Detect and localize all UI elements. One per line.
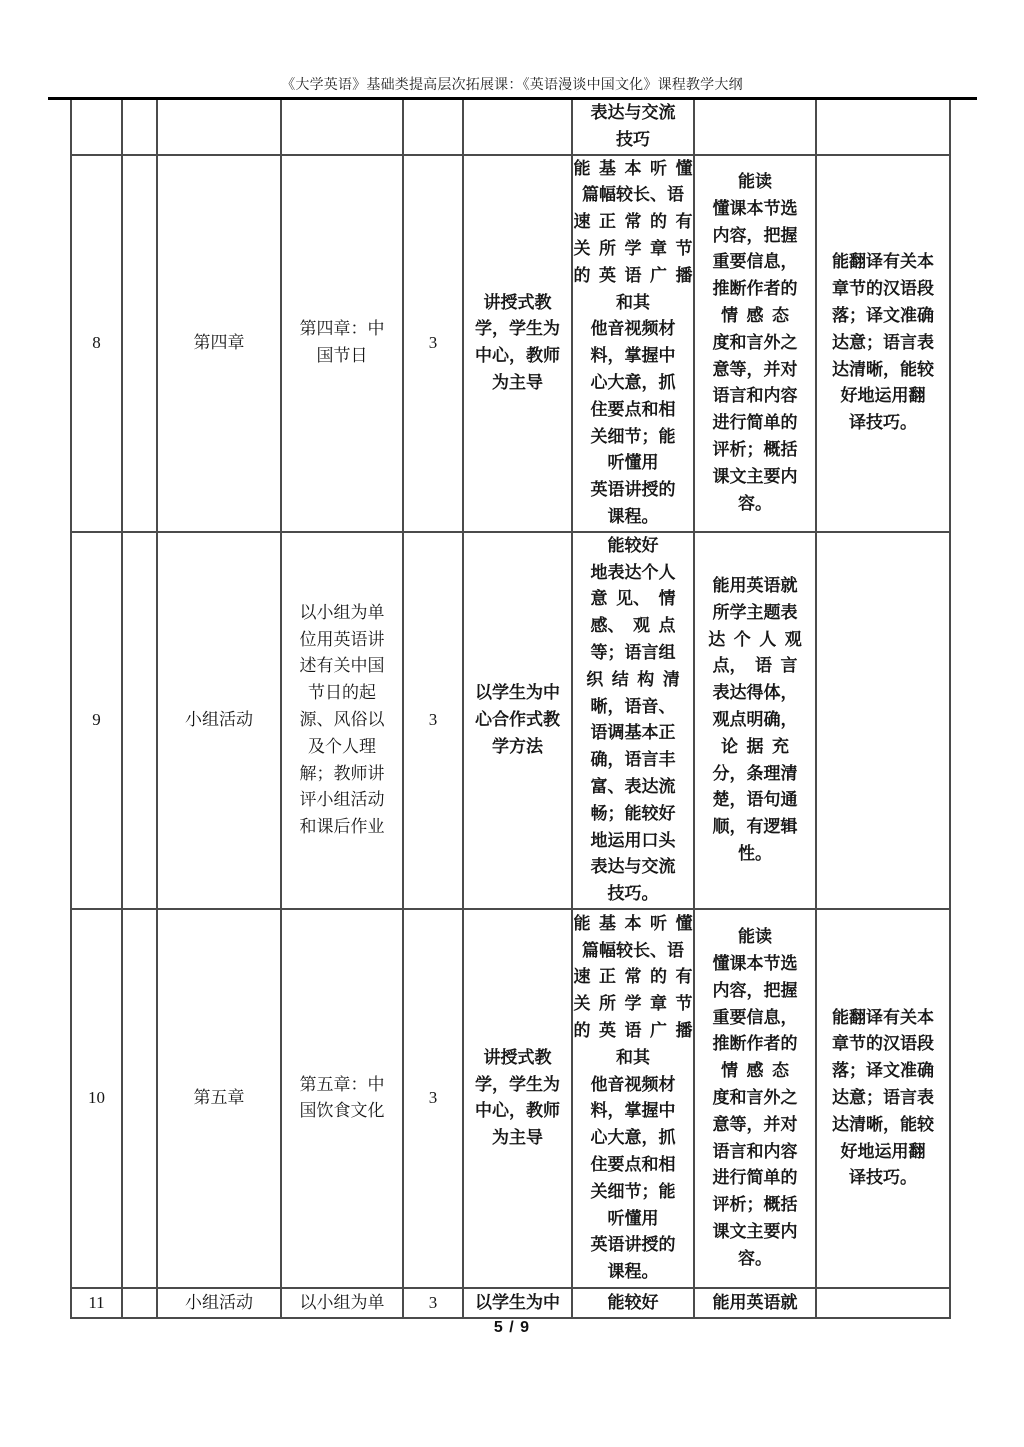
cell-r11-no: 11 <box>71 1288 122 1318</box>
cell-r11-chapter: 小组活动 <box>157 1288 281 1318</box>
table-row-9: 9 小组活动 以小组为单 位用英语讲 述有关中国 节日的起 源、风俗以 及个人理… <box>71 532 950 909</box>
cell-r8-translation: 能翻译有关本 章节的汉语段 落；译文准确 达意；语言表 达清晰，能较 好地运用翻… <box>816 155 950 532</box>
cell-partial-translation <box>816 100 950 155</box>
cell-r8-no: 8 <box>71 155 122 532</box>
cell-r10-reading: 能读 懂课本节选 内容，把握 重要信息， 推断作者的 情 感 态 度和言外之 意… <box>694 909 816 1288</box>
cell-r10-week <box>122 909 157 1288</box>
cell-r10-method: 讲授式教 学，学生为 中心，教师 为主导 <box>463 909 572 1288</box>
cell-r10-content: 第五章：中 国饮食文化 <box>281 909 403 1288</box>
cell-r11-listening: 能较好 <box>572 1288 694 1318</box>
cell-r8-hours: 3 <box>403 155 463 532</box>
cell-partial-reading <box>694 100 816 155</box>
cell-r9-translation <box>816 532 950 909</box>
cell-r9-method: 以学生为中 心合作式教 学方法 <box>463 532 572 909</box>
syllabus-table: 表达与交流 技巧 8 第四章 第四章：中 国节日 3 讲授式教 学，学生为 中心… <box>70 100 951 1319</box>
cell-r8-week <box>122 155 157 532</box>
cell-r11-reading: 能用英语就 <box>694 1288 816 1318</box>
cell-r8-chapter: 第四章 <box>157 155 281 532</box>
cell-r11-hours: 3 <box>403 1288 463 1318</box>
cell-r11-content: 以小组为单 <box>281 1288 403 1318</box>
cell-r9-reading: 能用英语就 所学主题表 达 个 人 观 点， 语 言 表达得体， 观点明确， 论… <box>694 532 816 909</box>
cell-r9-chapter: 小组活动 <box>157 532 281 909</box>
cell-r9-week <box>122 532 157 909</box>
cell-r10-no: 10 <box>71 909 122 1288</box>
table-row-11-cut: 11 小组活动 以小组为单 3 以学生为中 能较好 能用英语就 <box>71 1288 950 1318</box>
cell-r9-no: 9 <box>71 532 122 909</box>
cell-r8-content: 第四章：中 国节日 <box>281 155 403 532</box>
cell-r9-content: 以小组为单 位用英语讲 述有关中国 节日的起 源、风俗以 及个人理 解；教师讲 … <box>281 532 403 909</box>
cell-r10-chapter: 第五章 <box>157 909 281 1288</box>
cell-r10-hours: 3 <box>403 909 463 1288</box>
cell-r10-translation: 能翻译有关本 章节的汉语段 落；译文准确 达意；语言表 达清晰，能较 好地运用翻… <box>816 909 950 1288</box>
table-row-10: 10 第五章 第五章：中 国饮食文化 3 讲授式教 学，学生为 中心，教师 为主… <box>71 909 950 1288</box>
cell-r9-listening: 能较好 地表达个人 意 见、 情 感、 观 点 等；语言组 织 结 构 清 晰，… <box>572 532 694 909</box>
cell-r11-translation <box>816 1288 950 1318</box>
cell-partial-no <box>71 100 122 155</box>
cell-partial-chapter <box>157 100 281 155</box>
cell-partial-content <box>281 100 403 155</box>
cell-r11-week <box>122 1288 157 1318</box>
page-title: 《大学英语》基础类提高层次拓展课：《英语漫谈中国文化》课程教学大纲 <box>0 74 1024 94</box>
cell-r8-listening: 能 基 本 听 懂 篇幅较长、语 速 正 常 的 有 关 所 学 章 节 的 英… <box>572 155 694 532</box>
cell-r11-method: 以学生为中 <box>463 1288 572 1318</box>
cell-partial-week <box>122 100 157 155</box>
table-row-8: 8 第四章 第四章：中 国节日 3 讲授式教 学，学生为 中心，教师 为主导 能… <box>71 155 950 532</box>
cell-r8-method: 讲授式教 学，学生为 中心，教师 为主导 <box>463 155 572 532</box>
cell-partial-listening: 表达与交流 技巧 <box>572 100 694 155</box>
cell-partial-hours <box>403 100 463 155</box>
cell-r10-listening: 能 基 本 听 懂 篇幅较长、语 速 正 常 的 有 关 所 学 章 节 的 英… <box>572 909 694 1288</box>
table-row-partial: 表达与交流 技巧 <box>71 100 950 155</box>
cell-partial-method <box>463 100 572 155</box>
cell-r8-reading: 能读 懂课本节选 内容，把握 重要信息， 推断作者的 情 感 态 度和言外之 意… <box>694 155 816 532</box>
cell-r9-hours: 3 <box>403 532 463 909</box>
page-number: 5 / 9 <box>0 1319 1024 1337</box>
